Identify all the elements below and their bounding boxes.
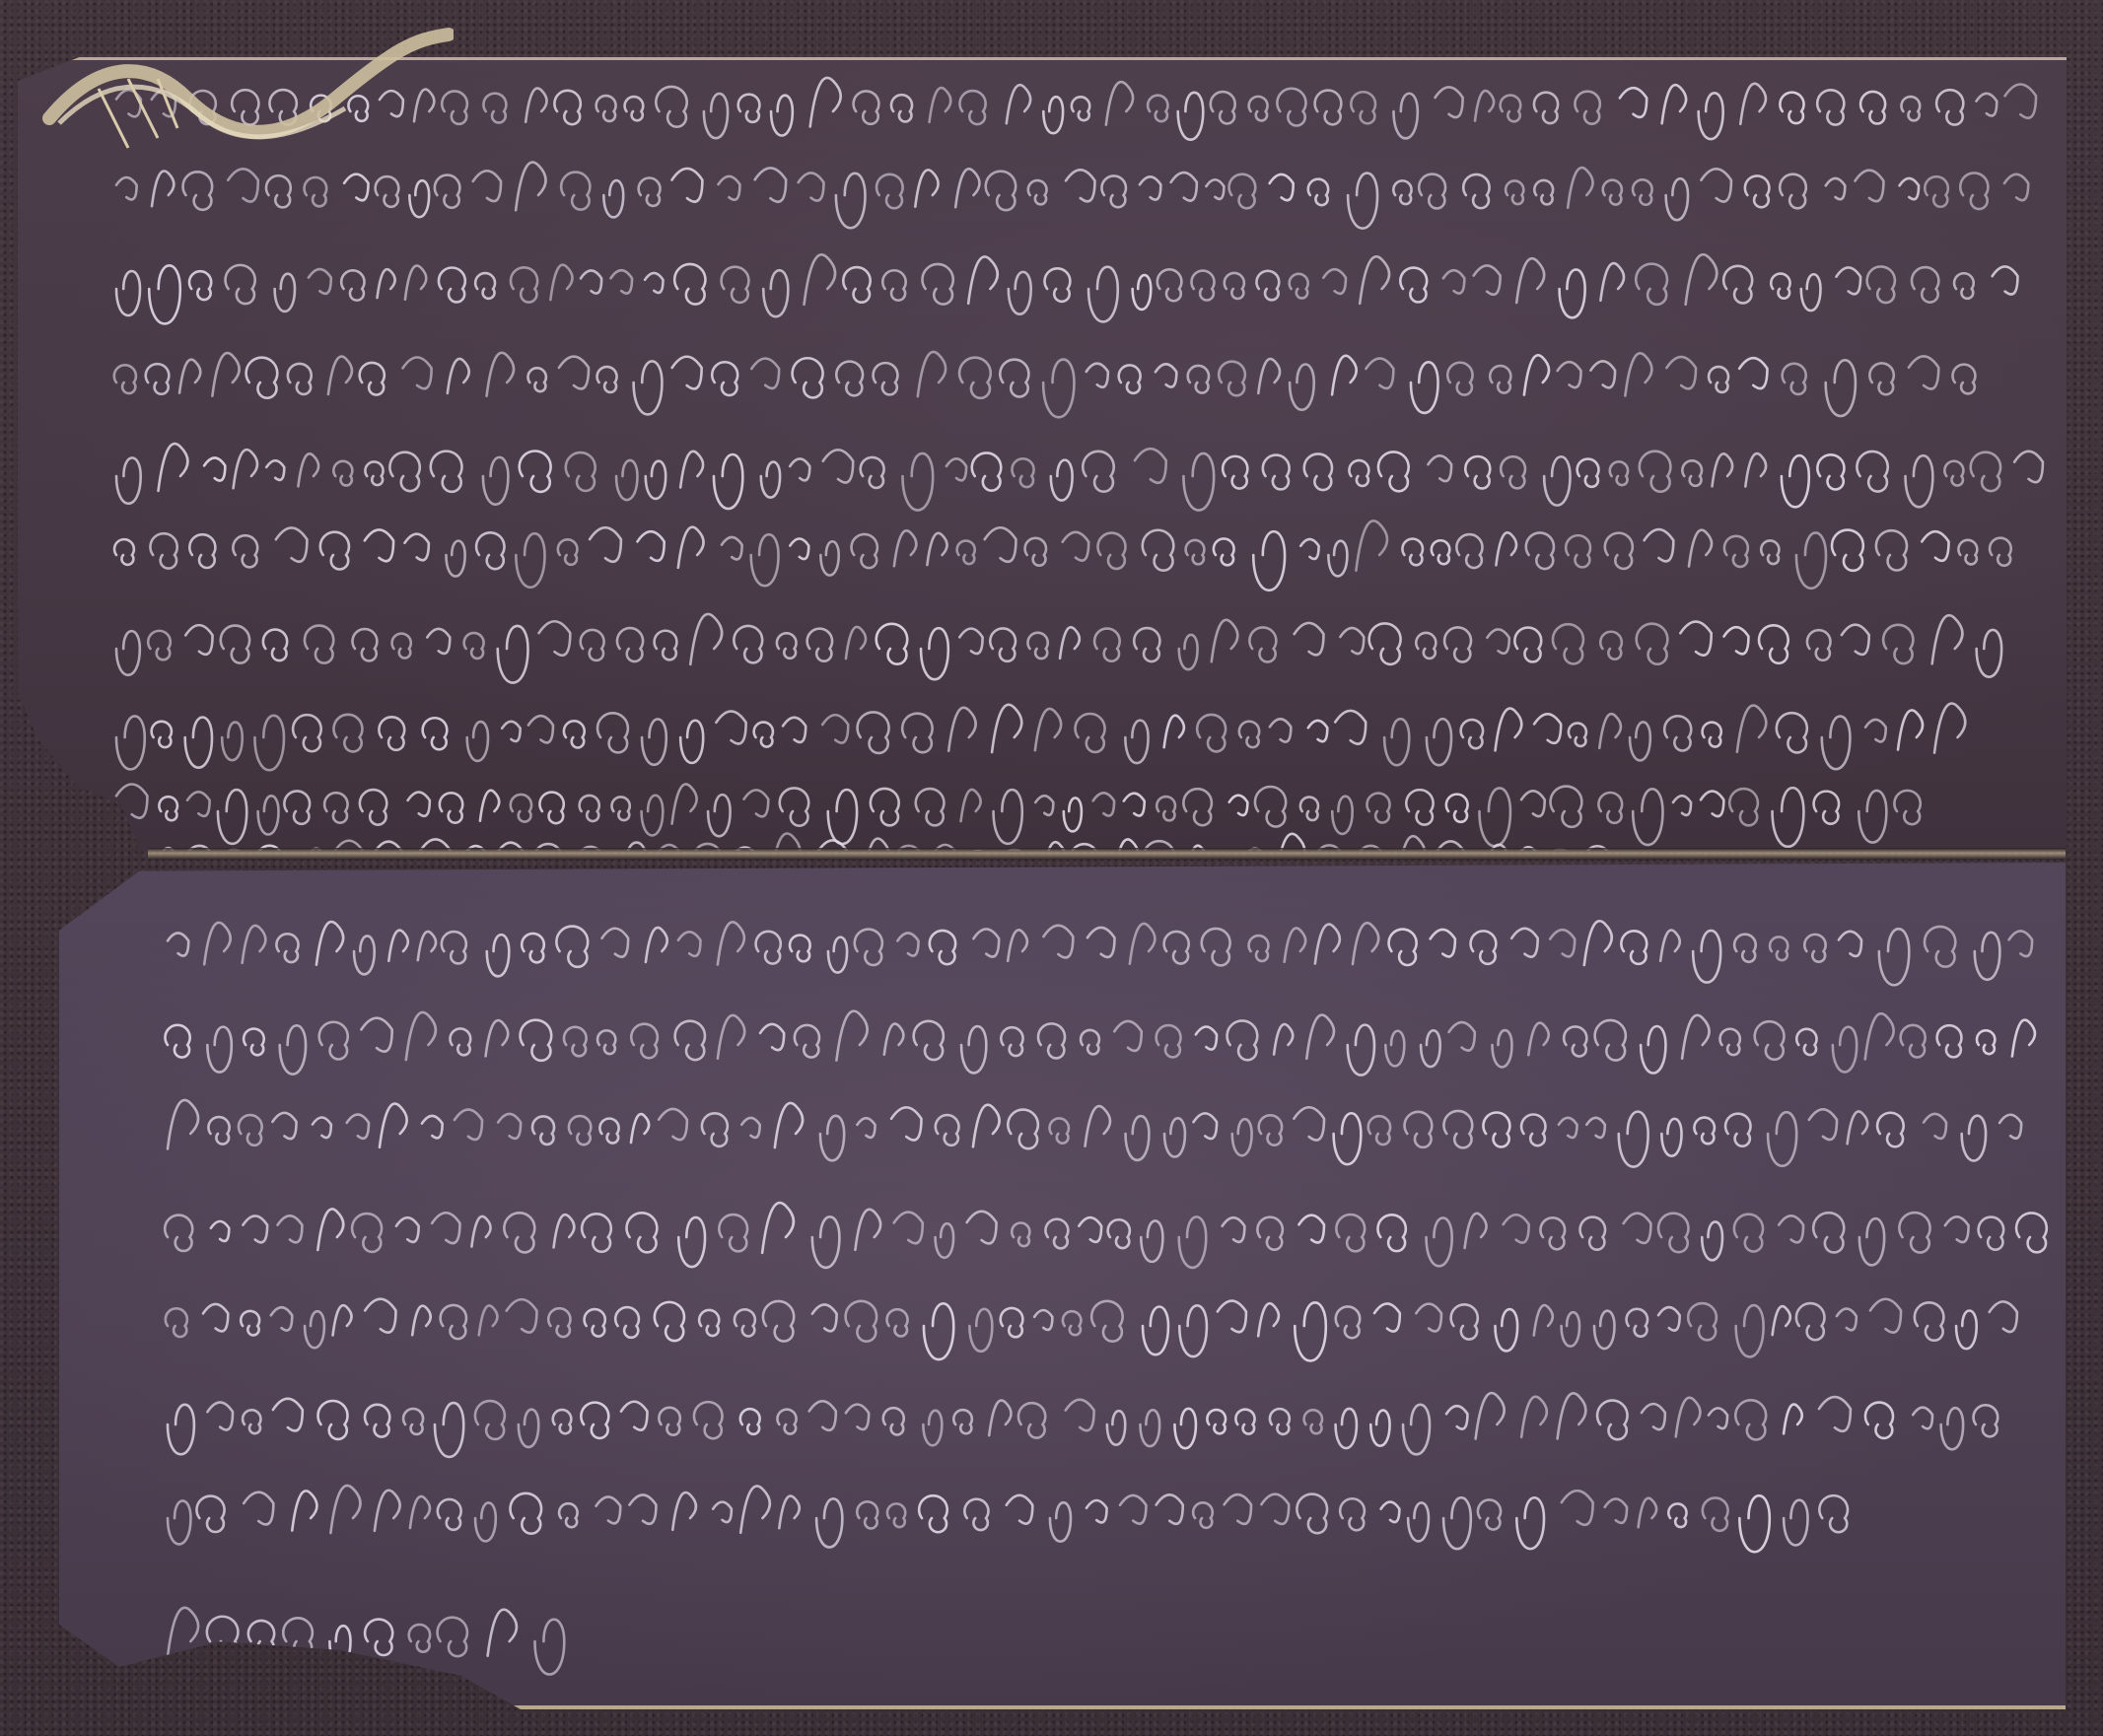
manuscript-panel-top bbox=[18, 57, 2067, 851]
handwriting-top bbox=[18, 60, 2067, 851]
fold-crease bbox=[148, 848, 2066, 860]
handwriting-bottom bbox=[59, 863, 2066, 1705]
torn-fiber-corner bbox=[39, 20, 454, 158]
manuscript-panel-bottom bbox=[59, 863, 2066, 1709]
